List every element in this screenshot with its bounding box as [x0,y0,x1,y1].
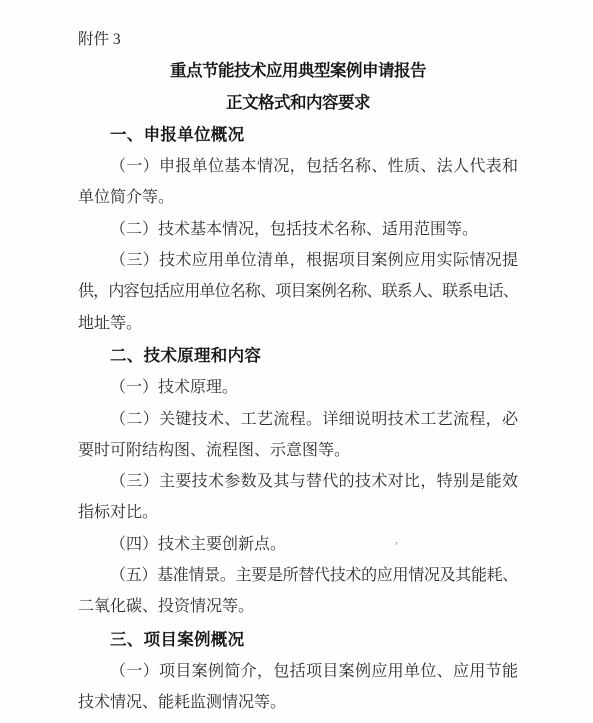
paragraph-line: （三）技术应用单位清单，根据项目案例应用实际情况提 [78,245,518,276]
document-body: 一、申报单位概况（一）申报单位基本情况，包括名称、性质、法人代表和单位简介等。（… [78,120,518,719]
paragraph-line: （三）主要技术参数及其与替代的技术对比，特别是能效 [78,466,518,497]
document-page: 附件 3 重点节能技术应用典型案例申请报告 正文格式和内容要求 一、申报单位概况… [0,0,593,723]
section-heading: 二、技术原理和内容 [78,341,518,372]
paragraph-line: （五）基准情景。主要是所替代技术的应用情况及其能耗、 [78,560,518,591]
attachment-label: 附件 3 [78,24,518,55]
document-title-line2: 正文格式和内容要求 [78,87,518,118]
paragraph-line: （四）技术主要创新点。 [78,529,518,560]
paragraph-line: 单位简介等。 [78,182,518,213]
section-heading: 一、申报单位概况 [78,120,518,151]
paragraph-line: （一）技术原理。 [78,372,518,403]
paragraph-line: （一）申报单位基本情况，包括名称、性质、法人代表和 [78,151,518,182]
paragraph-line: 指标对比。 [78,497,518,528]
paragraph-line: （二）技术基本情况，包括技术名称、适用范围等。 [78,214,518,245]
paragraph-line: 供，内容包括应用单位名称、项目案例名称、联系人、联系电话、 [78,276,518,307]
paragraph-line: 地址等。 [78,308,518,339]
paragraph-line: （一）项目案例简介，包括项目案例应用单位、应用节能 [78,656,518,687]
paragraph-line: （二）关键技术、工艺流程。详细说明技术工艺流程，必 [78,404,518,435]
paragraph-line: 技术情况、能耗监测情况等。 [78,687,518,718]
paragraph-line: 二氧化碳、投资情况等。 [78,591,518,622]
section-heading: 三、项目案例概况 [78,625,518,656]
document-title-line1: 重点节能技术应用典型案例申请报告 [78,55,518,86]
paragraph-line: 要时可附结构图、流程图、示意图等。 [78,435,518,466]
